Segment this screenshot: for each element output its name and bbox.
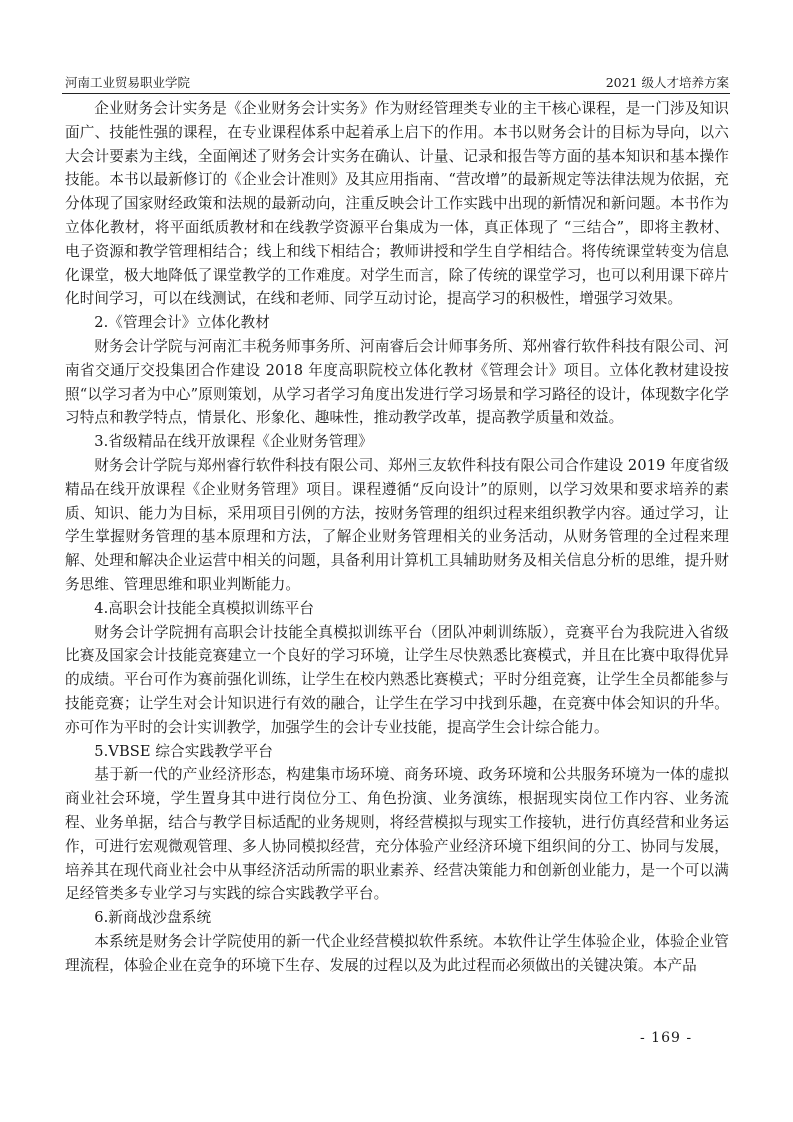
- paragraph-accounting-skills-platform: 财务会计学院拥有高职会计技能全真模拟训练平台（团队冲刺训练版），竞赛平台为我院进…: [65, 621, 729, 740]
- paragraph-vbse-platform: 基于新一代的产业经济形态，构建集市场环境、商务环境、政务环境和公共服务环境为一体…: [65, 763, 729, 906]
- section-heading-vbse-platform: 5.VBSE 综合实践教学平台: [65, 740, 729, 764]
- section-heading-accounting-skills-platform: 4.高职会计技能全真模拟训练平台: [65, 597, 729, 621]
- header-institution: 河南工业贸易职业学院: [65, 74, 190, 92]
- paragraph-management-accounting: 财务会计学院与河南汇丰税务师事务所、河南睿后会计师事务所、郑州睿行软件科技有限公…: [65, 335, 729, 430]
- paragraph-financial-accounting: 企业财务会计实务是《企业财务会计实务》作为财经管理类专业的主干核心课程，是一门涉…: [65, 97, 729, 311]
- paragraph-financial-management-course: 财务会计学院与郑州睿行软件科技有限公司、郑州三友软件科技有限公司合作建设 201…: [65, 454, 729, 597]
- running-header: 河南工业贸易职业学院 2021 级人才培养方案: [65, 74, 729, 92]
- section-heading-financial-management-course: 3.省级精品在线开放课程《企业财务管理》: [65, 430, 729, 454]
- header-document-title: 2021 级人才培养方案: [606, 74, 729, 92]
- header-divider: [62, 93, 730, 94]
- section-heading-management-accounting: 2.《管理会计》立体化教材: [65, 311, 729, 335]
- page-body: 企业财务会计实务是《企业财务会计实务》作为财经管理类专业的主干核心课程，是一门涉…: [65, 97, 729, 977]
- page-number: - 169 -: [640, 1030, 730, 1046]
- paragraph-sandbox-system: 本系统是财务会计学院使用的新一代企业经营模拟软件系统。本软件让学生体验企业，体验…: [65, 930, 729, 978]
- section-heading-sandbox-system: 6.新商战沙盘系统: [65, 906, 729, 930]
